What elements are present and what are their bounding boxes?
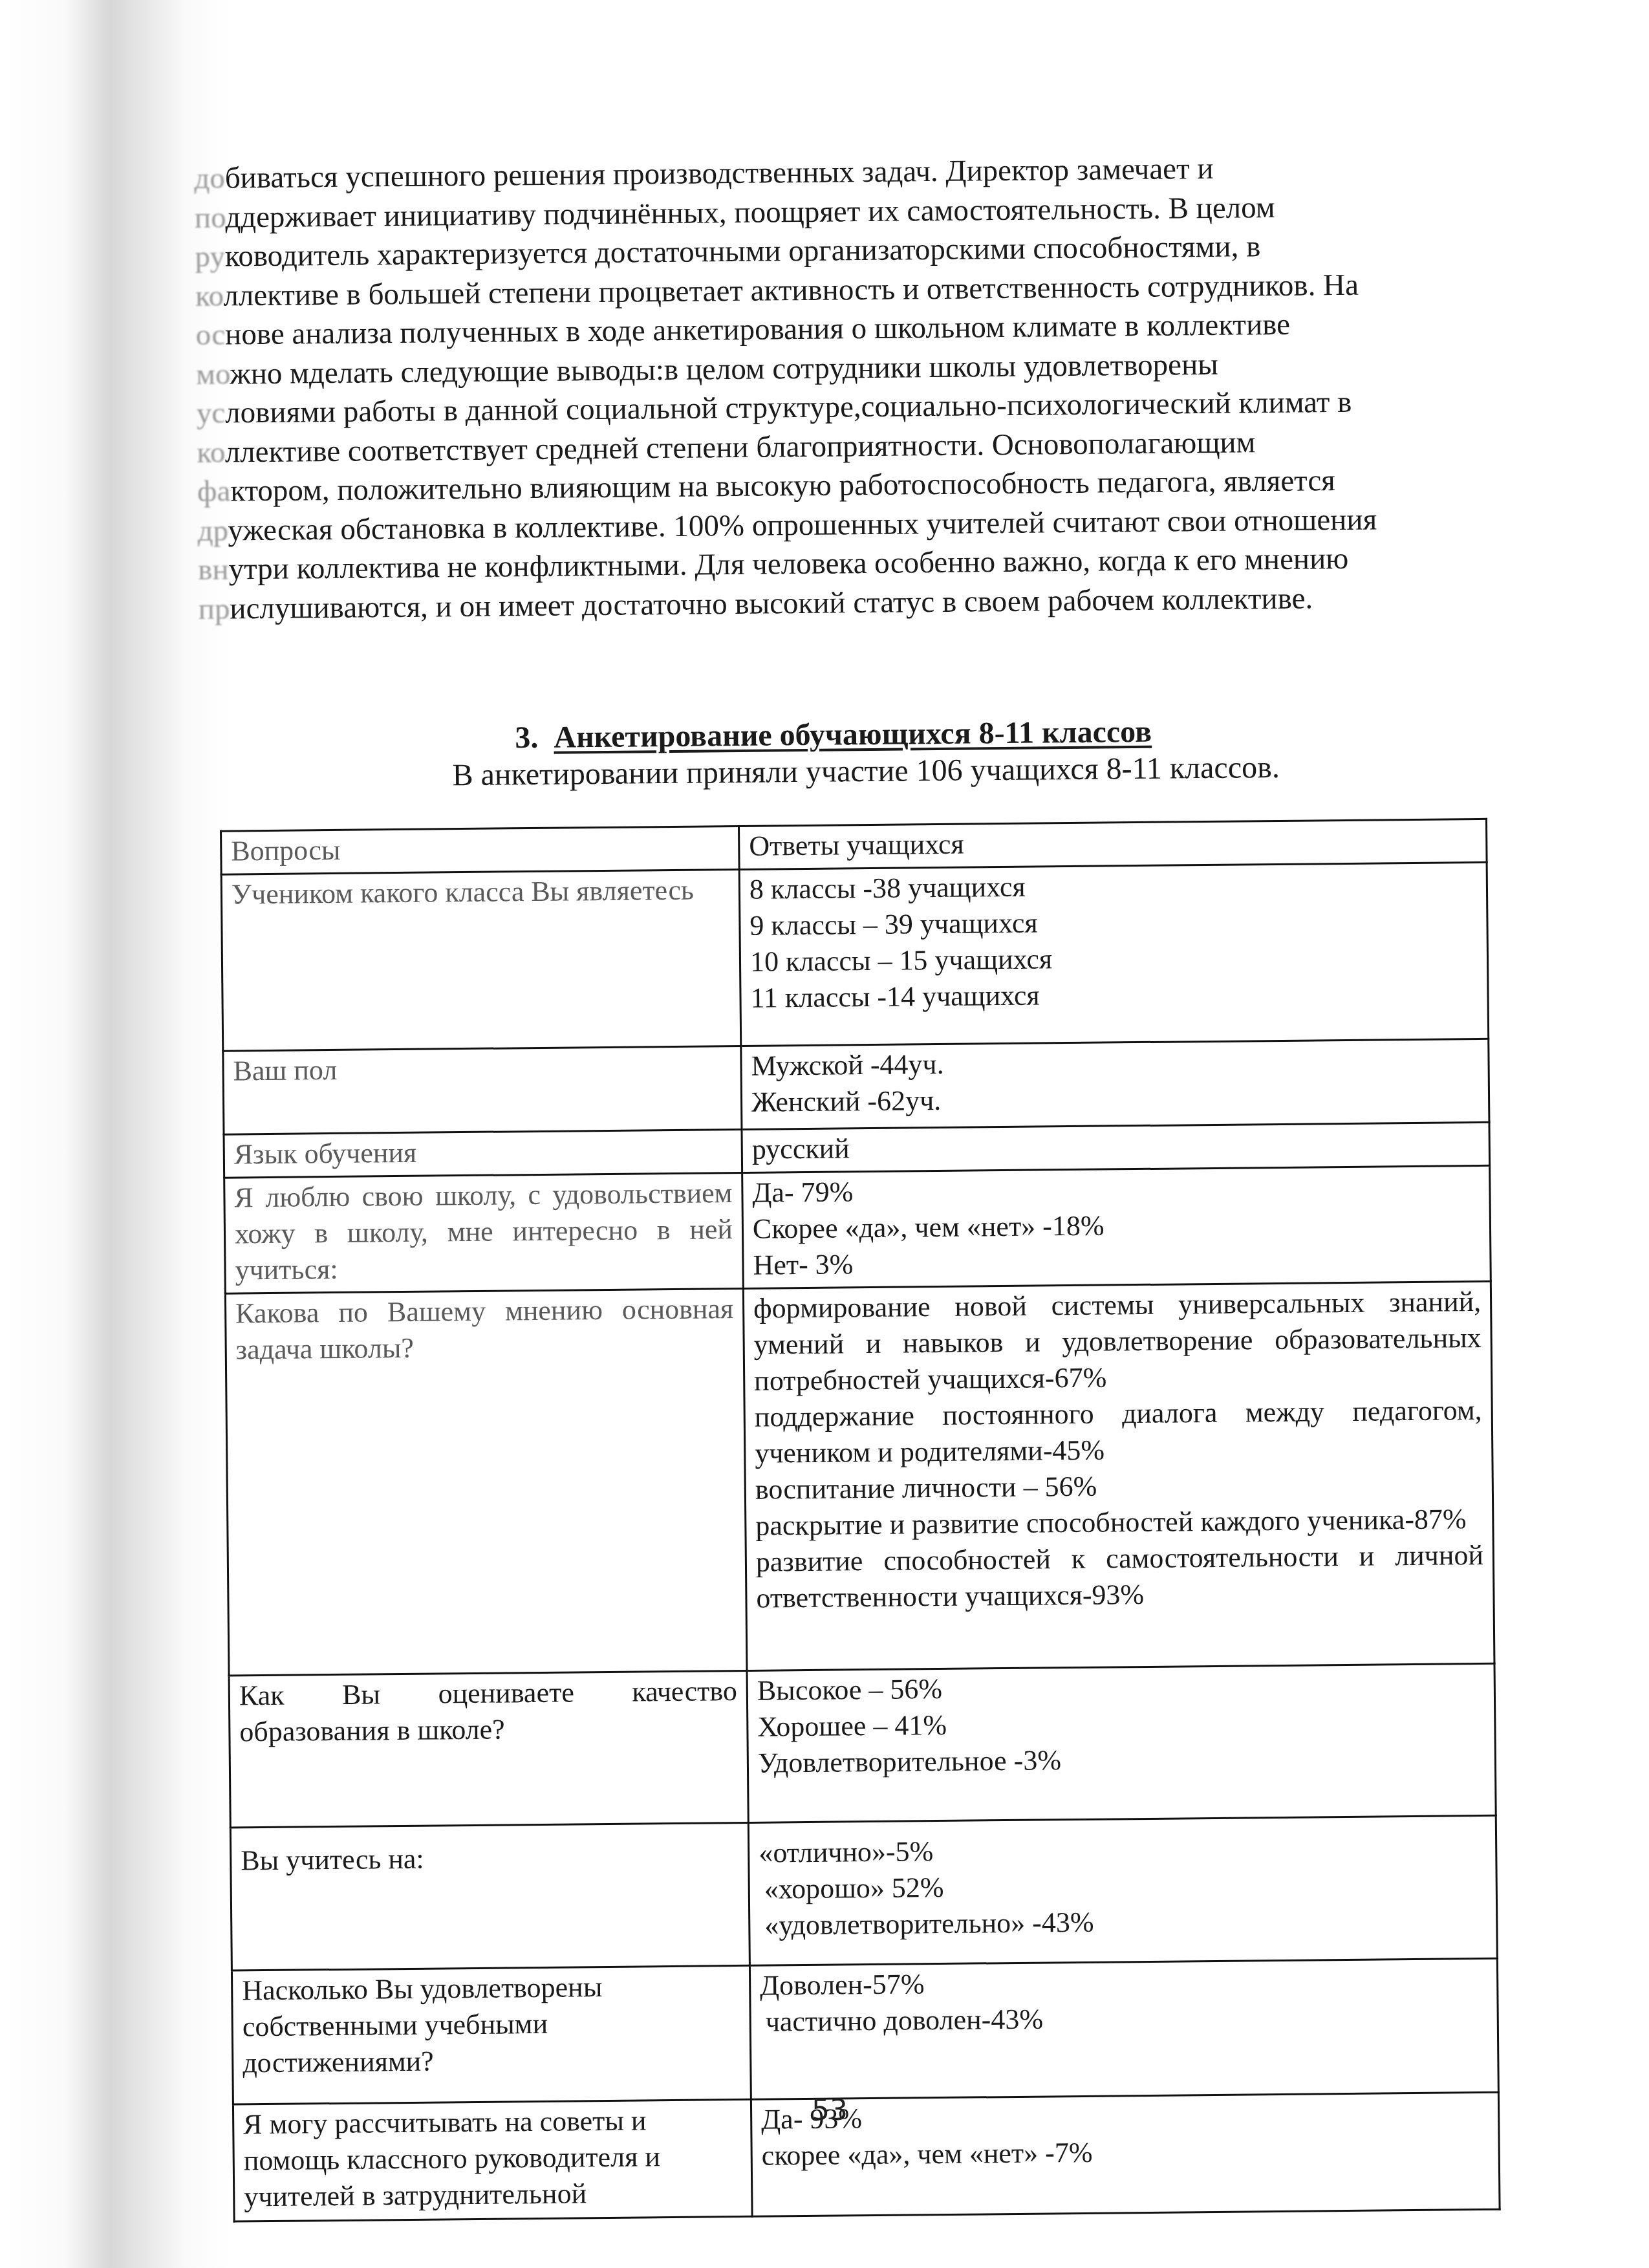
- question-cell: Как Вы оцениваете качество образования в…: [229, 1670, 748, 1828]
- answer-line: 11 классы -14 учащихся: [750, 973, 1478, 1017]
- answer-line: частично доволен-43%: [760, 1997, 1487, 2040]
- question-cell: Язык обучения: [224, 1129, 742, 1178]
- answer-cell: Высокое – 56% Хорошее – 41% Удовлетворит…: [747, 1663, 1496, 1822]
- answer-cell: формирование новой системы универсальных…: [743, 1281, 1494, 1670]
- answer-line: «удовлетворительно» -43%: [759, 1901, 1487, 1944]
- section-title-text: Анкетирование обучающихся 8-11 классов: [554, 715, 1152, 755]
- answer-cell: Да- 93% скорее «да», чем «нет» -7%: [751, 2092, 1500, 2216]
- table-row: Какова по Вашему мнению основная задача …: [225, 1281, 1494, 1676]
- answer-line: Женский -62уч.: [751, 1077, 1479, 1121]
- answer-line: русский: [752, 1125, 1480, 1168]
- table-row: Я люблю свою школу, с удовольствием хожу…: [224, 1165, 1491, 1293]
- answer-line: Удовлетворительное -3%: [758, 1738, 1485, 1782]
- answer-line: развитие способностей к самостоятельност…: [756, 1537, 1484, 1617]
- answer-cell: Мужской -44уч. Женский -62уч.: [741, 1039, 1489, 1129]
- question-cell: Какова по Вашему мнению основная задача …: [225, 1288, 747, 1676]
- document-page: добиваться успешного решения производств…: [194, 143, 1482, 2223]
- answer-cell: «отлично»-5% «хорошо» 52% «удовлетворите…: [748, 1815, 1497, 1965]
- survey-table: Вопросы Ответы учащихся Учеником какого …: [220, 818, 1501, 2223]
- section-number: 3.: [515, 720, 539, 755]
- table-row: Вы учитесь на: «отлично»-5% «хорошо» 52%…: [230, 1815, 1497, 1971]
- answer-cell: 8 классы -38 учащихся 9 классы – 39 учащ…: [739, 862, 1489, 1046]
- question-cell: Учеником какого класса Вы являетесь: [221, 869, 741, 1051]
- intro-paragraph: добиваться успешного решения производств…: [194, 143, 1466, 627]
- table-row: Я могу рассчитывать на советы и помощь к…: [233, 2092, 1500, 2221]
- question-cell: Я могу рассчитывать на советы и помощь к…: [233, 2099, 752, 2221]
- answer-cell: русский: [742, 1122, 1490, 1172]
- answer-line: формирование новой системы универсальных…: [753, 1284, 1482, 1399]
- answer-cell: Доволен-57% частично доволен-43%: [749, 1958, 1498, 2099]
- table-row: Учеником какого класса Вы являетесь 8 кл…: [221, 862, 1489, 1051]
- answer-cell: Да- 79% Скорее «да», чем «нет» -18% Нет-…: [742, 1165, 1491, 1288]
- question-cell: Насколько Вы удовлетворены собственными …: [232, 1965, 751, 2104]
- table-row: Ваш пол Мужской -44уч. Женский -62уч.: [223, 1039, 1489, 1134]
- answer-line: скорее «да», чем «нет» -7%: [761, 2131, 1489, 2174]
- header-answers: Ответы учащихся: [738, 819, 1487, 869]
- question-cell: Ваш пол: [223, 1046, 742, 1134]
- header-questions: Вопросы: [221, 826, 740, 874]
- table-row: Как Вы оцениваете качество образования в…: [229, 1663, 1496, 1828]
- question-cell: Я люблю свою школу, с удовольствием хожу…: [224, 1172, 744, 1293]
- question-cell: Вы учитесь на:: [230, 1822, 749, 1971]
- answer-line: поддержание постоянного диалога между пе…: [755, 1392, 1483, 1472]
- answer-line: Нет- 3%: [753, 1240, 1480, 1284]
- page-number: 53: [812, 2094, 848, 2127]
- table-row: Насколько Вы удовлетворены собственными …: [232, 1958, 1498, 2104]
- section-heading-block: 3.Анкетирование обучающихся 8-11 классов…: [199, 711, 1467, 797]
